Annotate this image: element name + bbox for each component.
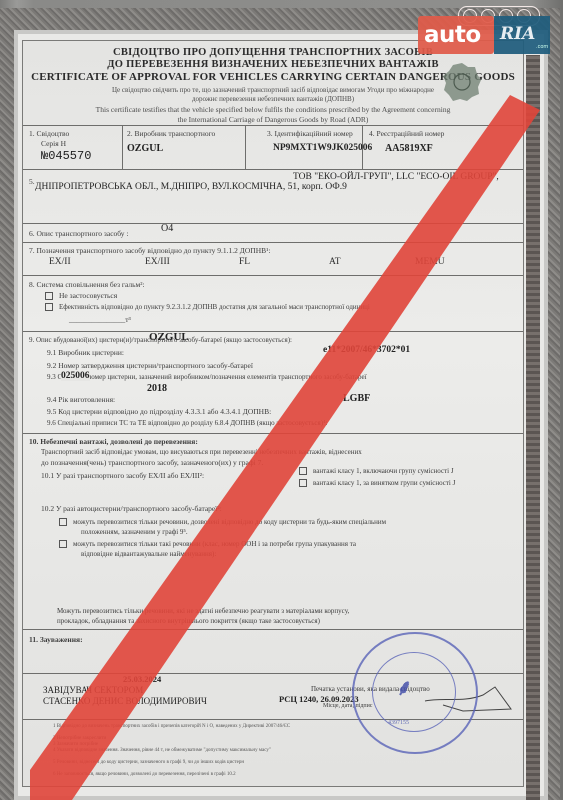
field-6-label: 6. Опис транспортного засобу : [29,229,129,238]
field-11-label: 11. Зауваження: [29,635,83,644]
field-10-2-label: 10.2 У разі автоцистерни/транспортного з… [41,504,222,513]
field-3-label: 3. Ідентифікаційний номер [267,129,353,138]
field-7-label: 7. Позначення транспортного засобу відпо… [29,246,270,255]
divider [23,433,523,434]
designation-memu: MEMU [415,257,445,267]
field-10-note-line2: прокладок, обладнання та захисного внутр… [57,617,320,625]
divider [23,331,523,332]
footnote: 2 Непотрібне закреслити [53,736,106,741]
field-9-6-label: 9.6 Спеціальні приписи ТС та ТЕ відповід… [47,419,327,427]
checkbox[interactable] [45,303,53,311]
divider [23,169,523,170]
field-1-series: Серія Н [41,139,66,148]
stamp-inner-ring [372,652,456,732]
field-10-1-label: 10.1 У разі транспортного засобу EX/II а… [41,471,204,480]
designation-ex-ii: EX/II [49,257,71,267]
manufacturer-value: OZGUL [127,143,163,154]
field-5-label: 5. [29,177,35,186]
trident-emblem-icon: ⸙ [396,672,413,702]
field-8-option-1[interactable]: Не застосовується [45,291,117,300]
field-9-3-label: 9.3 Серійний номер цистерни, зазначений … [47,373,367,381]
checkbox[interactable] [59,518,67,526]
checkbox[interactable] [59,540,67,548]
designation-ex-iii: EX/III [145,257,170,267]
vin-value: NP9MXT1W9JK025006 [273,143,372,153]
field-10-text-line1: Транспортний засіб відповідає умовам, що… [41,448,362,456]
footnote: 1 Відповідно до визначень транспортних з… [53,724,290,729]
checkbox[interactable] [299,467,307,475]
field-8-option-2[interactable]: Ефективність відповідно до пункту 9.2.3.… [45,303,370,311]
field-9-2-label: 9.2 Номер затвердження цистерни/транспор… [47,361,253,370]
divider [23,223,523,224]
tank-serial-number: 025006 [61,371,90,381]
stamp-number: 4397155 [388,720,409,726]
subtitle-en-line1: This certificate testifies that the vehi… [23,105,523,114]
decorative-border-strip [526,55,540,800]
autoria-watermark[interactable]: auto RIA .com [418,4,550,54]
field-10-2-option-1[interactable]: можуть перевозитися тільки речовини, доз… [71,518,386,526]
issue-date: 25.03.2024 [123,674,161,684]
registration-number: AA5819XF [385,143,433,154]
field-10-2-option-1-cont: положенням, зазначеним у графі 9⁵. [81,528,188,536]
field-10-text-line2: до позначення(чень) транспортного засобу… [41,458,263,467]
footnote: 5 Речовини, віднесені до коду цистерни, … [53,760,244,765]
auto-logo-text: auto [424,22,481,48]
field-4-label: 4. Реєстраційний номер [369,129,444,138]
subtitle-en-line2: the International Carriage of Dangerous … [23,115,523,124]
field-10-1-option-2[interactable]: вантажі класу 1, за винятком групи суміс… [299,479,455,487]
certificate-number: №045570 [41,149,91,163]
owner-name: ТОВ "ЕКО-ОЙЛ-ГРУП", LLC "ECO-OIL GROUP", [293,172,499,182]
field-9-4-label: 9.4 Рік виготовлення: [47,395,115,404]
field-2-label: 2. Виробник транспортного [127,129,215,138]
field-10-2-option-2[interactable]: можуть перевозитися тільки такі речовини… [71,540,356,548]
field-9-5-label: 9.5 Код цистерни відповідно до підрозділ… [47,407,271,416]
field-10-label: 10. Небезпечні вантажі, дозволені до пер… [29,437,198,446]
field-10-1-option-1[interactable]: вантажі класу 1, включаючи групу сумісно… [299,467,454,475]
field-8-option-2-suffix: _______________т³ [69,315,131,324]
field-1-label: 1. Свідоцтво [29,129,69,138]
year-of-manufacture: 2018 [147,383,167,394]
field-10-note-line1: Можуть перевозитись тільки речовини, які… [57,607,349,615]
field-10-2-option-2-cont: відповідне відвантажувальне найменування… [81,550,216,558]
designation-at: AT [329,257,341,267]
tank-approval-number: e11*2007/46*3702*01 [323,345,410,355]
official-stamp: ⸙ 4397155 [352,632,478,754]
divider [23,125,523,126]
divider [23,275,523,276]
field-9-1-label: 9.1 Виробник цистерни: [47,348,124,357]
field-8-label: 8. Система сповільнення без гальм²: [29,280,145,289]
divider [245,125,246,169]
ria-logo-text: RIA [500,24,535,44]
vehicle-description-value: O4 [161,223,173,234]
tank-manufacturer-value: OZGUL [149,331,189,343]
officer-name: СТАСЕНКО ДЕНИС ВОЛОДИМИРОВИЧ [43,696,207,706]
checkbox[interactable] [299,479,307,487]
footnote: 4 Указати відповідне значення. Значення,… [53,748,271,753]
officer-title: ЗАВІДУВАЧ СЕКТОРОМ [43,685,143,695]
ria-domain: .com [536,44,548,50]
checkbox[interactable] [45,292,53,300]
divider [23,629,523,630]
footnote: 3 Зазначити потрібне [53,742,98,747]
hologram-seal-icon [441,61,483,103]
tank-code: LGBF [343,393,370,404]
designation-fl: FL [239,257,250,267]
divider [122,125,123,169]
owner-address: ДНІПРОПЕТРОВСЬКА ОБЛ., М.ДНІПРО, ВУЛ.КОС… [35,182,347,192]
divider [23,242,523,243]
footnote: 6 Не заповнюється, якщо речовини, дозвол… [53,772,236,777]
